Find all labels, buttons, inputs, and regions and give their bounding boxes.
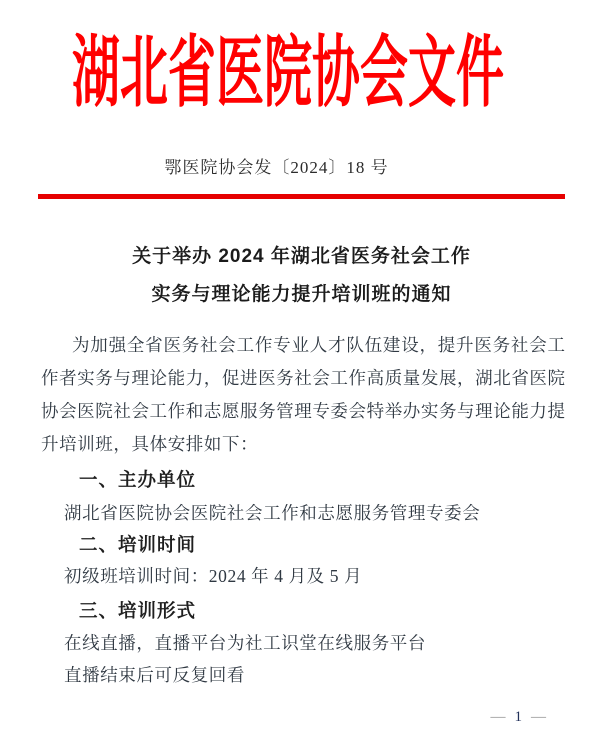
section-heading-training-format: 三、培训形式 bbox=[79, 598, 196, 624]
intro-paragraph-line-3: 协会医院社会工作和志愿服务管理专委会特举办实务与理论能力提 bbox=[41, 398, 565, 424]
section-training-format-line-2: 直播结束后可反复回看 bbox=[64, 662, 565, 688]
agency-banner: 湖北省医院协会文件 bbox=[0, 28, 603, 118]
page-number-value: 1 bbox=[515, 709, 523, 725]
intro-paragraph-line-2: 作者实务与理论能力，促进医务社会工作高质量发展，湖北省医院 bbox=[41, 365, 565, 391]
section-training-format-line-1: 在线直播，直播平台为社工识堂在线服务平台 bbox=[64, 630, 565, 656]
intro-paragraph-line-4: 升培训班，具体安排如下： bbox=[41, 431, 565, 457]
section-heading-organizer: 一、主办单位 bbox=[79, 467, 196, 493]
page-number-left-dash: — bbox=[491, 709, 506, 725]
section-organizer-line: 湖北省医院协会医院社会工作和志愿服务管理专委会 bbox=[64, 500, 565, 526]
document-number: 鄂医院协会发〔2024〕18 号 bbox=[0, 157, 578, 179]
red-divider-rule bbox=[38, 194, 565, 199]
agency-banner-title: 湖北省医院协会文件 bbox=[72, 34, 504, 112]
page-number-right-dash: — bbox=[531, 709, 546, 725]
section-heading-training-time: 二、培训时间 bbox=[79, 532, 196, 558]
page-number: —1— bbox=[491, 707, 547, 727]
intro-paragraph-line-1: 为加强全省医务社会工作专业人才队伍建设，提升医务社会工 bbox=[41, 332, 565, 358]
document-page: 湖北省医院协会文件 鄂医院协会发〔2024〕18 号 关于举办 2024 年湖北… bbox=[0, 0, 603, 753]
notice-title-line-2: 实务与理论能力提升培训班的通知 bbox=[0, 276, 603, 314]
notice-title-line-1: 关于举办 2024 年湖北省医务社会工作 bbox=[0, 238, 603, 276]
section-training-time-line: 初级班培训时间：2024 年 4 月及 5 月 bbox=[64, 563, 565, 589]
notice-title: 关于举办 2024 年湖北省医务社会工作 实务与理论能力提升培训班的通知 bbox=[0, 238, 603, 314]
